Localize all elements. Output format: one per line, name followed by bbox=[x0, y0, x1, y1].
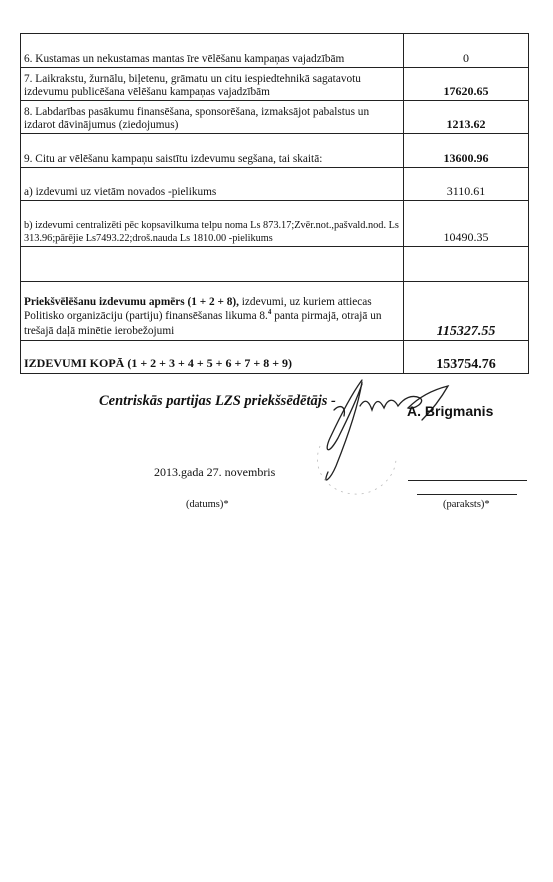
row-value bbox=[404, 247, 529, 282]
table-row: 6. Kustamas un nekustamas mantas īre vēl… bbox=[21, 34, 529, 68]
row-description: 7. Laikrakstu, žurnālu, biļetenu, grāmat… bbox=[21, 68, 404, 101]
signing-date: 2013.gada 27. novembris bbox=[154, 465, 275, 480]
expenses-table: 6. Kustamas un nekustamas mantas īre vēl… bbox=[20, 33, 529, 374]
pre-election-value: 115327.55 bbox=[404, 282, 529, 341]
row-description: b) izdevumi centralizēti pēc kopsavilkum… bbox=[21, 201, 404, 247]
row-value: 3110.61 bbox=[404, 168, 529, 201]
date-label: (datums)* bbox=[186, 499, 229, 510]
pre-election-row: Priekšvēlēšanu izdevumu apmērs (1 + 2 + … bbox=[21, 282, 529, 341]
signature-label: (paraksts)* bbox=[443, 499, 490, 510]
row-description bbox=[21, 247, 404, 282]
table-row: 7. Laikrakstu, žurnālu, biļetenu, grāmat… bbox=[21, 68, 529, 101]
row-value: 1213.62 bbox=[404, 101, 529, 134]
row-description: 8. Labdarības pasākumu finansēšana, spon… bbox=[21, 101, 404, 134]
row-description: 6. Kustamas un nekustamas mantas īre vēl… bbox=[21, 34, 404, 68]
signature-line-secondary bbox=[417, 494, 517, 495]
pre-election-description: Priekšvēlēšanu izdevumu apmērs (1 + 2 + … bbox=[21, 282, 404, 341]
row-description: a) izdevumi uz vietām novados -pielikums bbox=[21, 168, 404, 201]
total-label: IZDEVUMI KOPĀ (1 + 2 + 3 + 4 + 5 + 6 + 7… bbox=[21, 341, 404, 374]
table-row-empty bbox=[21, 247, 529, 282]
total-row: IZDEVUMI KOPĀ (1 + 2 + 3 + 4 + 5 + 6 + 7… bbox=[21, 341, 529, 374]
signatory-name: A. Brigmanis bbox=[407, 403, 493, 419]
table-row: b) izdevumi centralizēti pēc kopsavilkum… bbox=[21, 201, 529, 247]
handwritten-signature bbox=[300, 376, 470, 506]
row-value: 10490.35 bbox=[404, 201, 529, 247]
signature-line bbox=[408, 480, 527, 481]
table-row: a) izdevumi uz vietām novados -pielikums… bbox=[21, 168, 529, 201]
table-row: 8. Labdarības pasākumu finansēšana, spon… bbox=[21, 101, 529, 134]
table-row: 9. Citu ar vēlēšanu kampaņu saistītu izd… bbox=[21, 134, 529, 168]
row-description: 9. Citu ar vēlēšanu kampaņu saistītu izd… bbox=[21, 134, 404, 168]
pre-election-bold: Priekšvēlēšanu izdevumu apmērs (1 + 2 + … bbox=[24, 296, 239, 308]
row-value: 13600.96 bbox=[404, 134, 529, 168]
total-value: 153754.76 bbox=[404, 341, 529, 374]
row-value: 0 bbox=[404, 34, 529, 68]
row-value: 17620.65 bbox=[404, 68, 529, 101]
